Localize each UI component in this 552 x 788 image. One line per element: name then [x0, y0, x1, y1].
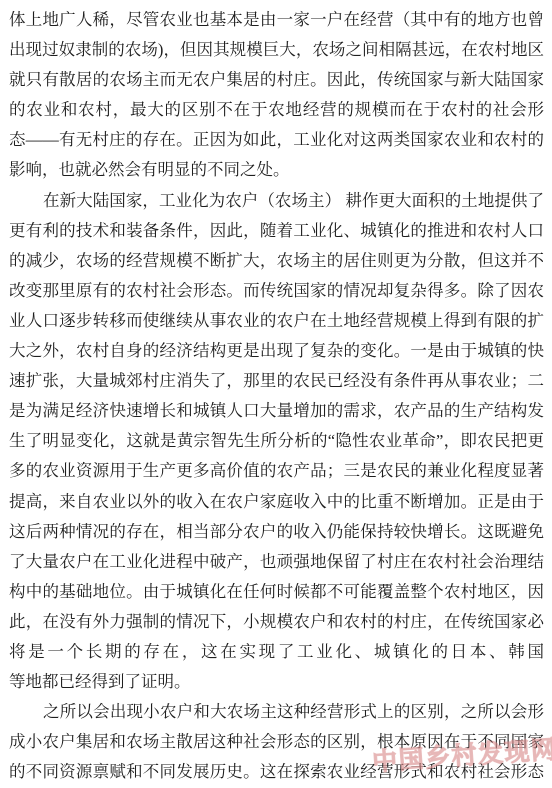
text-line: 的不同资源禀赋和不同发展历史。这在探索农业经营形式和农村社会形态 — [9, 757, 544, 787]
text-line: 影响，也就必然会有明显的不同之处。 — [9, 155, 544, 185]
text-line: 生了明显变化，这就是黄宗智先生所分析的“隐性农业革命”，即农民把更 — [9, 426, 544, 456]
text-body: 体上地广人稀，尽管农业也基本是由一家一户在经营（其中有的地方也曾出现过奴隶制的农… — [0, 0, 552, 787]
text-line: 成小农户集居和农场主散居这种社会形态的区别，根本原因在于不同国家 — [9, 727, 544, 757]
text-line: 体上地广人稀，尽管农业也基本是由一家一户在经营（其中有的地方也曾 — [9, 5, 544, 35]
text-line: 此，在没有外力强制的情况下，小规模农户和农村的村庄，在传统国家必 — [9, 607, 544, 637]
text-line: 的减少，农场的经营规模不断扩大，农场主的居住则更为分散，但这并不 — [9, 246, 544, 276]
document-page: 体上地广人稀，尽管农业也基本是由一家一户在经营（其中有的地方也曾出现过奴隶制的农… — [0, 0, 552, 788]
text-line: 将是一个长期的存在，这在实现了工业化、城镇化的日本、韩国 — [9, 637, 544, 667]
text-line: 态——有无村庄的存在。正因为如此，工业化对这两类国家农业和农村的 — [9, 125, 544, 155]
text-line: 了大量农户在工业化进程中破产，也顽强地保留了村庄在农村社会治理结 — [9, 547, 544, 577]
text-line: 就只有散居的农场主而无农户集居的村庄。因此，传统国家与新大陆国家 — [9, 65, 544, 95]
text-line: 在新大陆国家，工业化为农户（农场主） 耕作更大面积的土地提供了 — [9, 186, 544, 216]
text-line: 提高，来自农业以外的收入在农户家庭收入中的比重不断增加。正是由于 — [9, 487, 544, 517]
text-line: 更有利的技术和装备条件，因此，随着工业化、城镇化的推进和农村人口 — [9, 216, 544, 246]
text-line: 构中的基础地位。由于城镇化在任何时候都不可能覆盖整个农村地区，因 — [9, 577, 544, 607]
text-line: 是为满足经济快速增长和城镇人口大量增加的需求，农产品的生产结构发 — [9, 396, 544, 426]
text-line: 这后两种情况的存在，相当部分农户的收入仍能保持较快增长。这既避免 — [9, 517, 544, 547]
text-line: 多的农业资源用于生产更多高价值的农产品；三是农民的兼业化程度显著 — [9, 456, 544, 486]
text-line: 的农业和农村，最大的区别不在于农地经营的规模而在于农村的社会形 — [9, 95, 544, 125]
text-line: 之所以会出现小农户和大农场主这种经营形式上的区别，之所以会形 — [9, 697, 544, 727]
text-line: 改变那里原有的农村社会形态。而传统国家的情况却复杂得多。除了因农 — [9, 276, 544, 306]
text-line: 出现过奴隶制的农场)，但因其规模巨大，农场之间相隔甚远，在农村地区 — [9, 35, 544, 65]
text-line: 大之外，农村自身的经济结构更是出现了复杂的变化。一是由于城镇的快 — [9, 336, 544, 366]
text-line: 速扩张，大量城郊村庄消失了，那里的农民已经没有条件再从事农业；二 — [9, 366, 544, 396]
text-line: 业人口逐步转移而使继续从事农业的农户在土地经营规模上得到有限的扩 — [9, 306, 544, 336]
text-line: 等地都已经得到了证明。 — [9, 667, 544, 697]
